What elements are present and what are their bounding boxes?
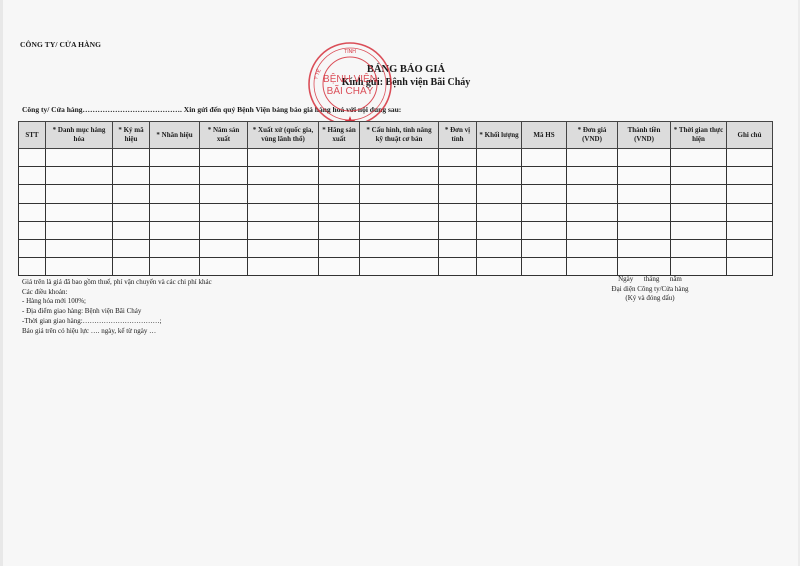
terms-validity: Báo giá trên có hiệu lực …. ngày, kể từ … <box>22 327 212 337</box>
table-cell[interactable] <box>439 185 477 203</box>
table-cell[interactable] <box>567 185 618 203</box>
column-header: * Ký mã hiệu <box>113 122 150 149</box>
table-cell[interactable] <box>113 149 150 167</box>
table-row <box>19 239 773 257</box>
table-cell[interactable] <box>200 258 248 276</box>
table-cell[interactable] <box>727 258 773 276</box>
table-cell[interactable] <box>360 239 439 257</box>
column-header: STT <box>19 122 46 149</box>
table-cell[interactable] <box>567 149 618 167</box>
table-cell[interactable] <box>727 167 773 185</box>
table-row <box>19 203 773 221</box>
table-cell[interactable] <box>522 221 567 239</box>
table-body <box>19 149 773 276</box>
table-cell[interactable] <box>477 185 522 203</box>
table-cell[interactable] <box>522 239 567 257</box>
table-cell[interactable] <box>150 203 200 221</box>
column-header: * Đơn giá (VND) <box>567 122 618 149</box>
terms-item: - Hàng hóa mới 100%; <box>22 297 212 307</box>
table-cell[interactable] <box>618 149 671 167</box>
table-cell[interactable] <box>19 239 46 257</box>
stamp-top-text: TỈNH <box>344 48 356 55</box>
table-cell[interactable] <box>200 167 248 185</box>
column-header: * Năm sản xuất <box>200 122 248 149</box>
table-cell[interactable] <box>248 167 319 185</box>
table-cell[interactable] <box>671 239 727 257</box>
table-cell[interactable] <box>248 258 319 276</box>
terms-item: -Thời gian giao hàng:……………………………; <box>22 317 212 327</box>
table-cell[interactable] <box>618 258 671 276</box>
table-cell[interactable] <box>618 221 671 239</box>
column-header: Ghi chú <box>727 122 773 149</box>
table-cell[interactable] <box>319 239 360 257</box>
table-cell[interactable] <box>360 258 439 276</box>
table-cell[interactable] <box>248 149 319 167</box>
table-cell[interactable] <box>477 239 522 257</box>
column-header: Thành tiền (VND) <box>618 122 671 149</box>
table-cell[interactable] <box>46 203 113 221</box>
table-cell[interactable] <box>360 221 439 239</box>
table-cell[interactable] <box>477 167 522 185</box>
table-cell[interactable] <box>46 149 113 167</box>
table-cell[interactable] <box>618 203 671 221</box>
table-cell[interactable] <box>19 185 46 203</box>
table-cell[interactable] <box>113 239 150 257</box>
table-cell[interactable] <box>439 239 477 257</box>
table-cell[interactable] <box>113 185 150 203</box>
signature-date: Ngày tháng năm <box>590 275 710 285</box>
column-header: Mã HS <box>522 122 567 149</box>
table-cell[interactable] <box>477 149 522 167</box>
table-cell[interactable] <box>150 149 200 167</box>
table-row <box>19 258 773 276</box>
table-cell[interactable] <box>150 221 200 239</box>
table-cell[interactable] <box>319 203 360 221</box>
table-row <box>19 149 773 167</box>
company-label: CÔNG TY/ CỬA HÀNG <box>20 40 101 49</box>
table-cell[interactable] <box>567 258 618 276</box>
column-header: * Nhãn hiệu <box>150 122 200 149</box>
intro-line: Công ty/ Cửa hàng…………………………………. Xin gửi … <box>22 105 401 114</box>
table-cell[interactable] <box>19 221 46 239</box>
table-cell[interactable] <box>439 258 477 276</box>
table-cell[interactable] <box>200 185 248 203</box>
table-row <box>19 221 773 239</box>
signature-representative: Đại diện Công ty/Cửa hàng <box>590 285 710 295</box>
table-cell[interactable] <box>618 167 671 185</box>
table-cell[interactable] <box>150 167 200 185</box>
table-cell[interactable] <box>618 239 671 257</box>
table-cell[interactable] <box>567 203 618 221</box>
table-header-row: STT* Danh mục hàng hóa* Ký mã hiệu* Nhãn… <box>19 122 773 149</box>
table-cell[interactable] <box>439 167 477 185</box>
table-cell[interactable] <box>439 203 477 221</box>
document-title: BẢNG BÁO GIÁ <box>0 64 800 75</box>
table-cell[interactable] <box>522 258 567 276</box>
table-cell[interactable] <box>319 149 360 167</box>
column-header: * Xuất xứ (quốc gia, vùng lãnh thổ) <box>248 122 319 149</box>
terms-block: Giá trên là giá đã bao gồm thuế, phí vận… <box>22 278 212 336</box>
table-cell[interactable] <box>671 203 727 221</box>
table-cell[interactable] <box>248 203 319 221</box>
table-cell[interactable] <box>19 203 46 221</box>
table-cell[interactable] <box>671 185 727 203</box>
table-cell[interactable] <box>477 258 522 276</box>
column-header: * Hãng sản xuất <box>319 122 360 149</box>
terms-item: - Địa điểm giao hàng: Bệnh viện Bãi Cháy <box>22 307 212 317</box>
table-cell[interactable] <box>522 185 567 203</box>
table-cell[interactable] <box>46 239 113 257</box>
table-cell[interactable] <box>727 149 773 167</box>
table-cell[interactable] <box>113 221 150 239</box>
table-cell[interactable] <box>360 167 439 185</box>
table-cell[interactable] <box>522 167 567 185</box>
table-cell[interactable] <box>319 258 360 276</box>
terms-price-note: Giá trên là giá đã bao gồm thuế, phí vận… <box>22 278 212 288</box>
table-cell[interactable] <box>113 258 150 276</box>
table-cell[interactable] <box>46 221 113 239</box>
table-cell[interactable] <box>150 258 200 276</box>
table-row <box>19 167 773 185</box>
table-cell[interactable] <box>618 185 671 203</box>
quote-table: STT* Danh mục hàng hóa* Ký mã hiệu* Nhãn… <box>18 121 773 276</box>
table-cell[interactable] <box>200 149 248 167</box>
table-cell[interactable] <box>567 167 618 185</box>
table-cell[interactable] <box>150 185 200 203</box>
table-cell[interactable] <box>727 203 773 221</box>
table-cell[interactable] <box>522 149 567 167</box>
table-cell[interactable] <box>200 221 248 239</box>
table-cell[interactable] <box>46 167 113 185</box>
column-header: * Thời gian thực hiện <box>671 122 727 149</box>
terms-heading: Các điều khoản: <box>22 288 212 298</box>
table-cell[interactable] <box>477 203 522 221</box>
table-cell[interactable] <box>319 167 360 185</box>
table-cell[interactable] <box>360 203 439 221</box>
table-cell[interactable] <box>439 221 477 239</box>
table-cell[interactable] <box>671 258 727 276</box>
table-cell[interactable] <box>19 167 46 185</box>
table-cell[interactable] <box>46 185 113 203</box>
table-cell[interactable] <box>46 258 113 276</box>
table-cell[interactable] <box>319 185 360 203</box>
column-header: * Đơn vị tính <box>439 122 477 149</box>
table-cell[interactable] <box>727 239 773 257</box>
table-cell[interactable] <box>150 239 200 257</box>
table-cell[interactable] <box>567 239 618 257</box>
column-header: * Khối lượng <box>477 122 522 149</box>
table-cell[interactable] <box>113 203 150 221</box>
table-cell[interactable] <box>671 221 727 239</box>
table-cell[interactable] <box>200 239 248 257</box>
table-cell[interactable] <box>248 239 319 257</box>
table-cell[interactable] <box>19 258 46 276</box>
table-cell[interactable] <box>200 203 248 221</box>
table-cell[interactable] <box>19 149 46 167</box>
table-row <box>19 185 773 203</box>
table-cell[interactable] <box>439 149 477 167</box>
signature-block: Ngày tháng năm Đại diện Công ty/Cửa hàng… <box>590 275 710 304</box>
table-cell[interactable] <box>671 149 727 167</box>
column-header: * Danh mục hàng hóa <box>46 122 113 149</box>
table-cell[interactable] <box>248 221 319 239</box>
column-header: * Cấu hình, tính năng kỹ thuật cơ bản <box>360 122 439 149</box>
table-cell[interactable] <box>248 185 319 203</box>
table-cell[interactable] <box>360 149 439 167</box>
document-recipient: Kính gửi: Bệnh viện Bãi Cháy <box>0 77 800 88</box>
table-cell[interactable] <box>727 221 773 239</box>
table-cell[interactable] <box>567 221 618 239</box>
table-cell[interactable] <box>522 203 567 221</box>
signature-instruction: (Ký và đóng dấu) <box>590 294 710 304</box>
table-cell[interactable] <box>113 167 150 185</box>
table-cell[interactable] <box>319 221 360 239</box>
table-cell[interactable] <box>727 185 773 203</box>
table-cell[interactable] <box>477 221 522 239</box>
table-cell[interactable] <box>360 185 439 203</box>
table-cell[interactable] <box>671 167 727 185</box>
